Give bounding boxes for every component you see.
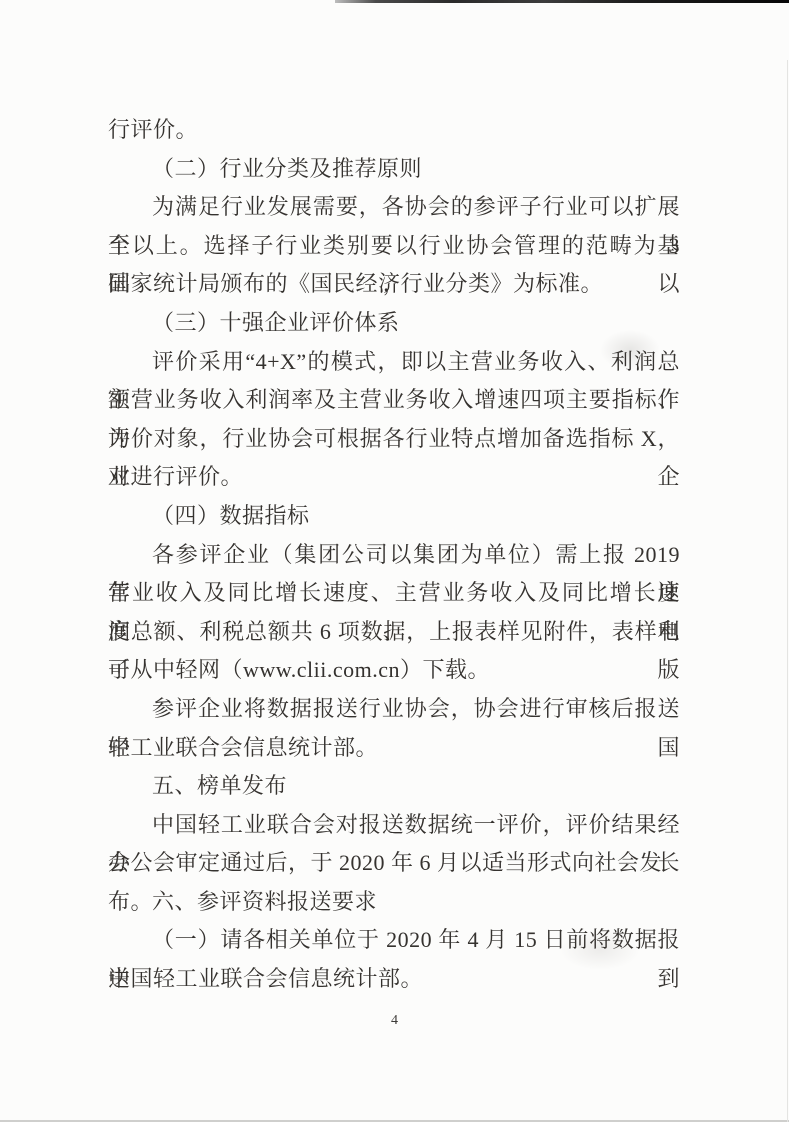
text-line: 各参评企业（集团公司以集团为单位）需上报 2019 年度 xyxy=(108,536,680,575)
text-line: 营业收入及同比增长速度、主营业务收入及同比增长速度、利 xyxy=(108,574,680,613)
scan-artifact-right-edge xyxy=(787,60,788,1122)
text-line: （一）请各相关单位于 2020 年 4 月 15 日前将数据报送到 xyxy=(108,921,680,960)
text-line: （三）十强企业评价体系 xyxy=(108,304,680,343)
text-line: 五、榜单发布 xyxy=(108,767,680,806)
text-line: 行评价。 xyxy=(108,111,680,150)
text-line: 参评企业将数据报送行业协会，协会进行审核后报送中国 xyxy=(108,690,680,729)
scan-artifact-top-edge xyxy=(335,0,789,3)
text-line: 评价对象，行业协会可根据各行业特点增加备选指标 X，对企 xyxy=(108,420,680,459)
text-line: 国家统计局颁布的《国民经济行业分类》为标准。 xyxy=(108,265,680,304)
text-line: 六、参评资料报送要求 xyxy=(108,883,680,922)
text-line: 中国轻工业联合会对报送数据统一评价，评价结果经会长 xyxy=(108,806,680,845)
text-line: 润总额、利税总额共 6 项数据，上报表样见附件，表样电子版 xyxy=(108,613,680,652)
text-line: （四）数据指标 xyxy=(108,497,680,536)
text-line: 办公会审定通过后，于 2020 年 6 月以适当形式向社会发布。 xyxy=(108,844,680,883)
document-page: 行评价。（二）行业分类及推荐原则为满足行业发展需要，各协会的参评子行业可以扩展至… xyxy=(0,0,789,1122)
text-line: 主营业务收入利润率及主营业务收入增速四项主要指标作为 xyxy=(108,381,680,420)
text-line: 个以上。选择子行业类别要以行业协会管理的范畴为基础，以 xyxy=(108,227,680,266)
page-number: 4 xyxy=(0,1013,789,1029)
text-line: 评价采用“4+X”的模式，即以主营业务收入、利润总额、 xyxy=(108,343,680,382)
text-line: 为满足行业发展需要，各协会的参评子行业可以扩展至 3 xyxy=(108,188,680,227)
document-body: 行评价。（二）行业分类及推荐原则为满足行业发展需要，各协会的参评子行业可以扩展至… xyxy=(108,111,680,999)
text-line: （二）行业分类及推荐原则 xyxy=(108,150,680,189)
